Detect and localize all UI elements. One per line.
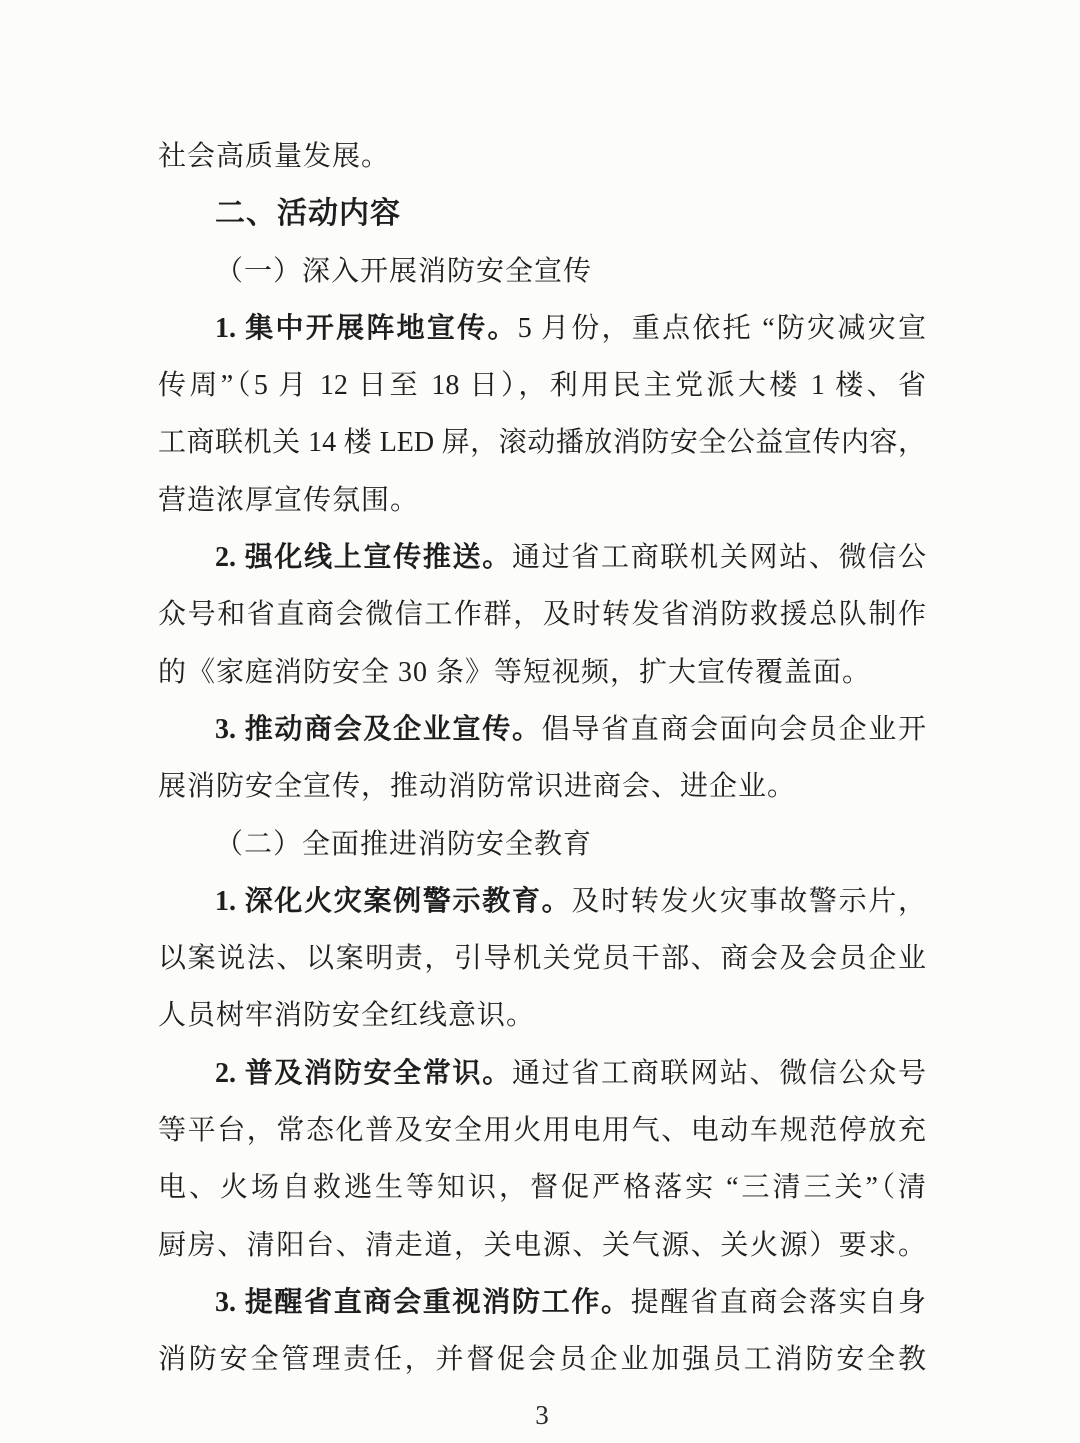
body-text: 通过省工商联机关网站、微信公: [512, 542, 926, 573]
bold-lead-text: 2. 强化线上宣传推送。: [215, 542, 512, 573]
body-text: 消防安全管理责任，并督促会员企业加强员工消防安全教: [158, 1344, 926, 1375]
body-text: 提醒省直商会落实自身: [631, 1287, 926, 1318]
body-text: 众号和省直商会微信工作群，及时转发省消防救援总队制作: [158, 599, 926, 630]
body-text: 社会高质量发展。: [158, 141, 390, 172]
text-line: 2. 普及消防安全常识。通过省工商联网站、微信公众号: [158, 1045, 926, 1102]
body-text: 以案说法、以案明责，引导机关党员干部、商会及会员企业: [158, 943, 926, 974]
text-line: （一）深入开展消防安全宣传: [158, 243, 926, 300]
text-line: 的《家庭消防安全 30 条》等短视频，扩大宣传覆盖面。: [158, 644, 926, 701]
text-line: 电、火场自救逃生等知识，督促严格落实 “三清三关”（清: [158, 1159, 926, 1216]
bold-lead-text: 3. 推动商会及企业宣传。: [215, 714, 542, 745]
page-number: 3: [158, 1392, 926, 1438]
body-text: 电、火场自救逃生等知识，督促严格落实 “三清三关”（清: [158, 1172, 926, 1203]
text-line: 营造浓厚宣传氛围。: [158, 472, 926, 529]
body-text: 5 月份，重点依托 “防灾减灾宣: [518, 313, 926, 344]
body-text: 传周”（5 月 12 日至 18 日），利用民主党派大楼 1 楼、省: [158, 370, 926, 401]
text-line: 1. 深化火灾案例警示教育。及时转发火灾事故警示片，: [158, 873, 926, 930]
body-text: 的《家庭消防安全 30 条》等短视频，扩大宣传覆盖面。: [158, 657, 871, 688]
text-line: 3. 推动商会及企业宣传。倡导省直商会面向会员企业开: [158, 701, 926, 758]
document-body: 社会高质量发展。二、活动内容（一）深入开展消防安全宣传1. 集中开展阵地宣传。5…: [158, 128, 926, 1389]
body-text: 通过省工商联网站、微信公众号: [512, 1058, 926, 1089]
body-text: 工商联机关 14 楼 LED 屏，滚动播放消防安全公益宣传内容，: [158, 427, 926, 458]
body-text: 等平台，常态化普及安全用火用电用气、电动车规范停放充: [158, 1115, 926, 1146]
text-line: 等平台，常态化普及安全用火用电用气、电动车规范停放充: [158, 1102, 926, 1159]
text-line: 工商联机关 14 楼 LED 屏，滚动播放消防安全公益宣传内容，: [158, 414, 926, 471]
bold-lead-text: 1. 深化火灾案例警示教育。: [215, 886, 571, 917]
bold-lead-text: 1. 集中开展阵地宣传。: [215, 313, 518, 344]
text-line: 传周”（5 月 12 日至 18 日），利用民主党派大楼 1 楼、省: [158, 357, 926, 414]
document-page: 社会高质量发展。二、活动内容（一）深入开展消防安全宣传1. 集中开展阵地宣传。5…: [0, 0, 1080, 1443]
bold-lead-text: 2. 普及消防安全常识。: [215, 1058, 512, 1089]
body-text: 厨房、清阳台、清走道，关电源、关气源、关火源）要求。: [158, 1230, 926, 1261]
text-line: 人员树牢消防安全红线意识。: [158, 987, 926, 1044]
text-line: 厨房、清阳台、清走道，关电源、关气源、关火源）要求。: [158, 1217, 926, 1274]
text-line: 以案说法、以案明责，引导机关党员干部、商会及会员企业: [158, 930, 926, 987]
text-line: 3. 提醒省直商会重视消防工作。提醒省直商会落实自身: [158, 1274, 926, 1331]
section-heading: 二、活动内容: [158, 185, 926, 242]
body-text: 展消防安全宣传，推动消防常识进商会、进企业。: [158, 771, 796, 802]
text-line: 众号和省直商会微信工作群，及时转发省消防救援总队制作: [158, 586, 926, 643]
bold-lead-text: 二、活动内容: [215, 197, 401, 230]
body-text: （二）全面推进消防安全教育: [215, 829, 592, 860]
text-line: 展消防安全宣传，推动消防常识进商会、进企业。: [158, 758, 926, 815]
bold-lead-text: 3. 提醒省直商会重视消防工作。: [215, 1287, 631, 1318]
text-line: （二）全面推进消防安全教育: [158, 816, 926, 873]
body-text: （一）深入开展消防安全宣传: [215, 256, 592, 287]
text-line: 社会高质量发展。: [158, 128, 926, 185]
body-text: 及时转发火灾事故警示片，: [571, 886, 926, 917]
text-line: 1. 集中开展阵地宣传。5 月份，重点依托 “防灾减灾宣: [158, 300, 926, 357]
body-text: 倡导省直商会面向会员企业开: [542, 714, 926, 745]
text-line: 消防安全管理责任，并督促会员企业加强员工消防安全教: [158, 1331, 926, 1388]
text-line: 2. 强化线上宣传推送。通过省工商联机关网站、微信公: [158, 529, 926, 586]
body-text: 人员树牢消防安全红线意识。: [158, 1000, 535, 1031]
body-text: 营造浓厚宣传氛围。: [158, 485, 419, 516]
